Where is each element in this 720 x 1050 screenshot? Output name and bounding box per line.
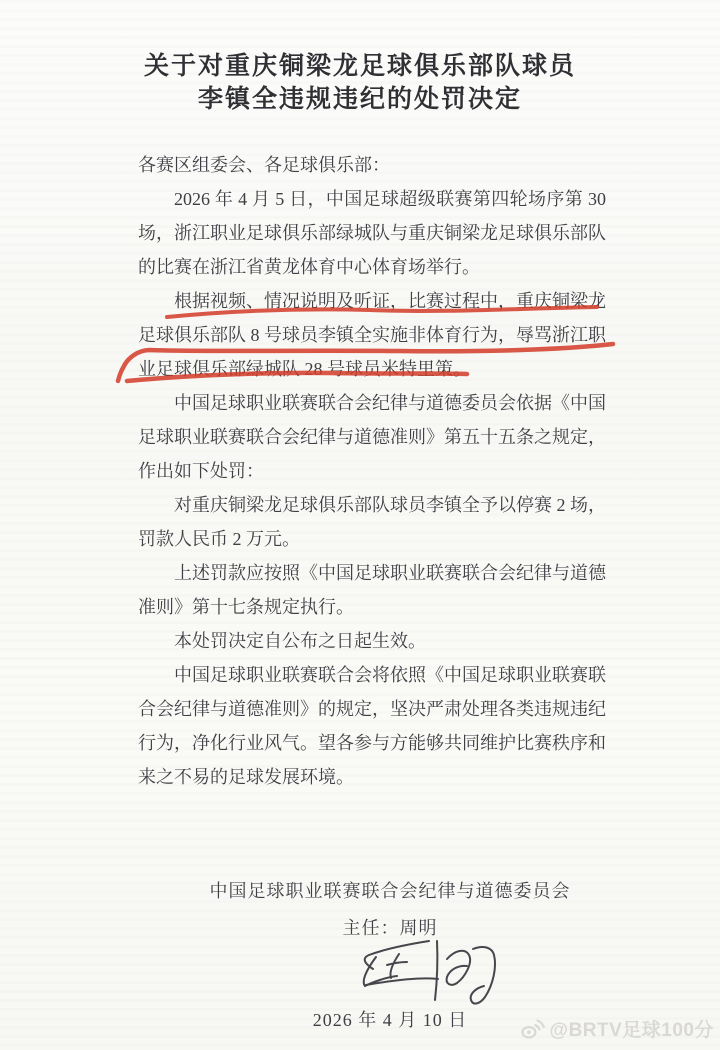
paragraph-rule-basis: 中国足球职业联赛联合会纪律与道德委员会依据《中国足球职业联赛联合会纪律与道德准则… — [138, 386, 606, 488]
watermark-text: @BRTV足球100分 — [550, 1015, 714, 1042]
paragraph-match-info: 2026 年 4 月 5 日，中国足球超级联赛第四轮场序第 30 场，浙江职业足… — [138, 182, 606, 284]
paragraph-fine-execution: 上述罚款应按照《中国足球职业联赛联合会纪律与道德准则》第十七条规定执行。 — [138, 556, 606, 624]
paragraph-punishment: 对重庆铜梁龙足球俱乐部队球员李镇全予以停赛 2 场，罚款人民币 2 万元。 — [138, 488, 606, 556]
handwritten-signature — [355, 939, 515, 1011]
watermark: @BRTV足球100分 — [520, 1015, 714, 1042]
document-title-line-1: 关于对重庆铜梁龙足球俱乐部队球员 — [0, 50, 720, 83]
committee-name: 中国足球职业联赛联合会纪律与道德委员会 — [140, 880, 640, 902]
signature-block: 中国足球职业联赛联合会纪律与道德委员会 主任：周明 2026 年 4 月 10 … — [140, 880, 640, 1031]
salutation: 各赛区组委会、各足球俱乐部： — [138, 148, 606, 182]
paragraph-effective-date: 本处罚决定自公布之日起生效。 — [138, 624, 606, 658]
weibo-icon — [520, 1018, 546, 1040]
signer-line: 主任：周明 — [140, 917, 640, 939]
document-title-line-2: 李镇全违规违纪的处罚决定 — [0, 83, 720, 116]
document-body: 各赛区组委会、各足球俱乐部： 2026 年 4 月 5 日，中国足球超级联赛第四… — [138, 148, 606, 794]
document-title: 关于对重庆铜梁龙足球俱乐部队球员 李镇全违规违纪的处罚决定 — [0, 50, 720, 116]
paragraph-closing-statement: 中国足球职业联赛联合会将依照《中国足球职业联赛联合会纪律与道德准则》的规定，坚决… — [138, 658, 606, 794]
document-page: 关于对重庆铜梁龙足球俱乐部队球员 李镇全违规违纪的处罚决定 各赛区组委会、各足球… — [0, 0, 720, 1050]
paragraph-violation-underlined: 根据视频、情况说明及听证，比赛过程中，重庆铜梁龙足球俱乐部队 8 号球员李镇全实… — [138, 284, 606, 386]
